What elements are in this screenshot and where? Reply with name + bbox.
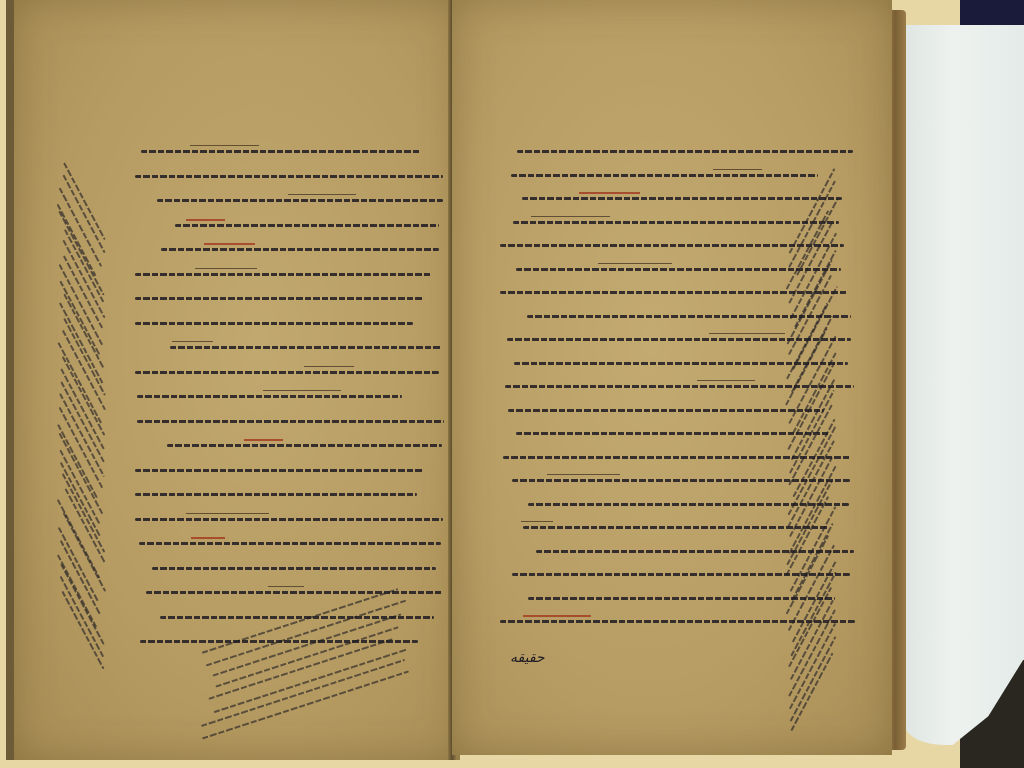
catchword: حقيقه xyxy=(510,650,545,666)
overline-rule xyxy=(523,615,591,617)
script-line xyxy=(135,297,425,300)
script-line xyxy=(135,322,413,325)
left-bottom-notes xyxy=(194,620,434,750)
overline-rule xyxy=(288,194,356,195)
script-line xyxy=(59,576,104,658)
overline-rule xyxy=(579,192,640,194)
overline-rule xyxy=(190,145,259,146)
script-line xyxy=(152,567,436,570)
script-line xyxy=(135,493,417,496)
overline-rule xyxy=(172,341,213,342)
script-line xyxy=(216,626,399,687)
overline-rule xyxy=(191,537,225,539)
overline-rule xyxy=(697,380,755,381)
background-dark-top xyxy=(960,0,1024,26)
overline-rule xyxy=(713,169,763,170)
script-line xyxy=(175,224,439,227)
script-line xyxy=(137,395,402,398)
left-main-text xyxy=(134,150,449,670)
script-line xyxy=(135,518,443,521)
blank-flyleaf: Blank flyleaf xyxy=(905,25,1024,745)
script-line xyxy=(517,150,853,153)
overline-rule xyxy=(268,586,305,587)
script-line xyxy=(135,469,424,472)
overline-rule xyxy=(204,243,255,245)
script-line xyxy=(59,302,105,385)
script-line xyxy=(135,273,432,276)
overline-rule xyxy=(186,513,269,514)
script-line xyxy=(137,420,444,423)
overline-rule xyxy=(195,268,256,269)
overline-rule xyxy=(547,474,620,475)
script-line xyxy=(157,199,443,202)
script-line xyxy=(135,175,443,178)
script-line xyxy=(522,197,842,200)
script-line xyxy=(788,275,832,355)
script-line xyxy=(62,175,105,254)
overline-rule xyxy=(263,390,341,391)
script-line xyxy=(135,371,440,374)
left-margin-notes xyxy=(34,200,134,660)
script-line xyxy=(141,150,420,153)
script-line xyxy=(788,222,833,303)
overline-rule xyxy=(186,219,226,221)
overline-rule xyxy=(598,263,672,264)
script-line xyxy=(146,591,442,594)
script-line xyxy=(511,174,818,177)
overline-rule xyxy=(304,366,354,367)
script-line xyxy=(139,542,440,545)
right-page: Right manuscript page xyxy=(452,0,892,755)
script-line xyxy=(59,540,101,616)
left-page: Left manuscript page xyxy=(6,0,460,760)
script-line xyxy=(170,346,441,349)
right-margin-notes xyxy=(762,210,872,700)
script-line xyxy=(161,248,439,251)
overline-rule xyxy=(521,521,553,522)
script-line xyxy=(167,444,441,447)
overline-rule xyxy=(244,439,284,441)
overline-rule xyxy=(531,216,610,217)
